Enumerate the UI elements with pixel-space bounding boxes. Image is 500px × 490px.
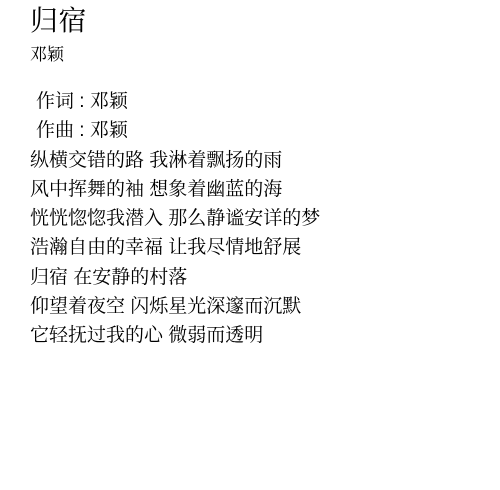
lyric-line: 风中挥舞的袖 想象着幽蓝的海	[30, 175, 480, 204]
lyric-line: 纵横交错的路 我淋着飘扬的雨	[30, 146, 480, 175]
credits-block: 作词 : 邓颖 作曲 : 邓颖	[30, 87, 480, 146]
artist-name: 邓颖	[30, 43, 480, 67]
lyric-line: 归宿 在安静的村落	[30, 263, 480, 292]
lyricist-credit: 作词 : 邓颖	[30, 87, 480, 116]
song-title: 归宿	[30, 5, 480, 37]
lyric-line: 它轻抚过我的心 微弱而透明	[30, 321, 480, 350]
lyric-line: 浩瀚自由的幸福 让我尽情地舒展	[30, 233, 480, 262]
lyric-line: 恍恍惚惚我潜入 那么静谧安详的梦	[30, 204, 480, 233]
lyrics-block: 纵横交错的路 我淋着飘扬的雨 风中挥舞的袖 想象着幽蓝的海 恍恍惚惚我潜入 那么…	[30, 146, 480, 351]
lyric-line: 仰望着夜空 闪烁星光深邃而沉默	[30, 292, 480, 321]
lyrics-page: 归宿 邓颖 作词 : 邓颖 作曲 : 邓颖 纵横交错的路 我淋着飘扬的雨 风中挥…	[0, 0, 500, 490]
composer-credit: 作曲 : 邓颖	[30, 116, 480, 145]
